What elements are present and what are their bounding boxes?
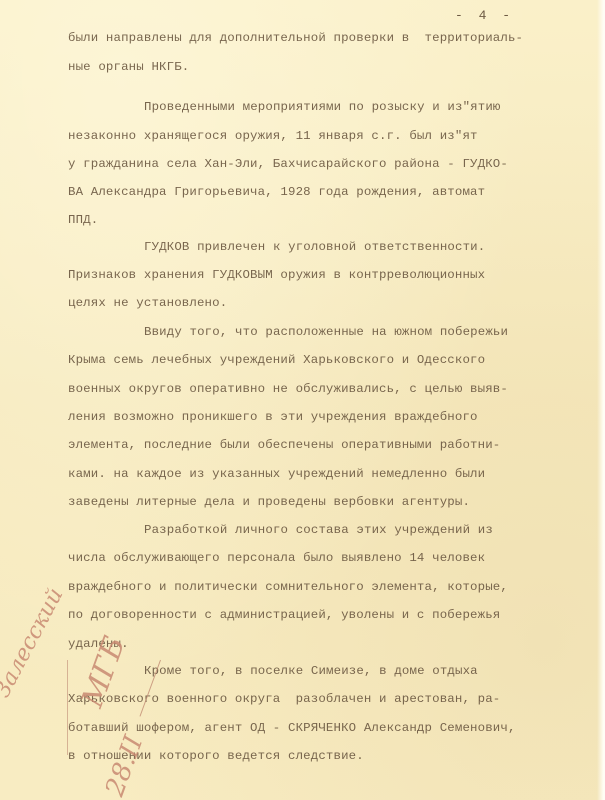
text-line: целях не установлено. — [68, 296, 227, 310]
paragraph-first-line: Проведенными мероприятиями по розыску и … — [144, 100, 501, 114]
text-line: Крыма семь лечебных учреждений Харьковск… — [68, 353, 485, 367]
handwritten-signature: Залесский — [0, 584, 68, 702]
scanned-document-page: - 4 - были направлены для дополнительной… — [0, 0, 605, 800]
text-line: ботавший шофером, агент ОД - СКРЯЧЕНКО А… — [68, 721, 516, 735]
paragraph-first-line: Ввиду того, что расположенные на южном п… — [144, 325, 508, 339]
text-line: незаконно хранящегося оружия, 11 января … — [68, 129, 478, 143]
text-line: Харьковского военного округа разоблачен … — [68, 692, 500, 706]
text-line: ками. на каждое из указанных учреждений … — [68, 467, 485, 481]
paragraph-first-line: ГУДКОВ привлечен к уголовной ответственн… — [144, 240, 485, 254]
text-line: военных округов оперативно не обслуживал… — [68, 382, 508, 396]
text-line: были направлены для дополнительной прове… — [68, 31, 523, 45]
text-line: враждебного и политически сомнительного … — [68, 580, 508, 594]
margin-pencil-line — [67, 660, 68, 755]
text-line: ВА Александра Григорьевича, 1928 года ро… — [68, 185, 485, 199]
text-line: ные органы НКГБ. — [68, 60, 189, 74]
text-line: Признаков хранения ГУДКОВЫМ оружия в кон… — [68, 268, 485, 282]
text-line: ления возможно проникшего в эти учрежден… — [68, 410, 478, 424]
text-line: ППД. — [68, 213, 98, 227]
text-line: по договоренности с администрацией, увол… — [68, 608, 500, 622]
text-line: числа обслуживающего персонала было выяв… — [68, 551, 485, 565]
paragraph-first-line: Разработкой личного состава этих учрежде… — [144, 523, 493, 537]
handwritten-date: 28.II — [100, 732, 149, 800]
paragraph-first-line: Кроме того, в поселке Симеизе, в доме от… — [144, 664, 478, 678]
text-line: заведены литерные дела и проведены вербо… — [68, 495, 470, 509]
text-line: у гражданина села Хан-Эли, Бахчисарайско… — [68, 157, 508, 171]
page-number: - 4 - — [455, 8, 514, 23]
text-line: элемента, последние были обеспечены опер… — [68, 438, 500, 452]
